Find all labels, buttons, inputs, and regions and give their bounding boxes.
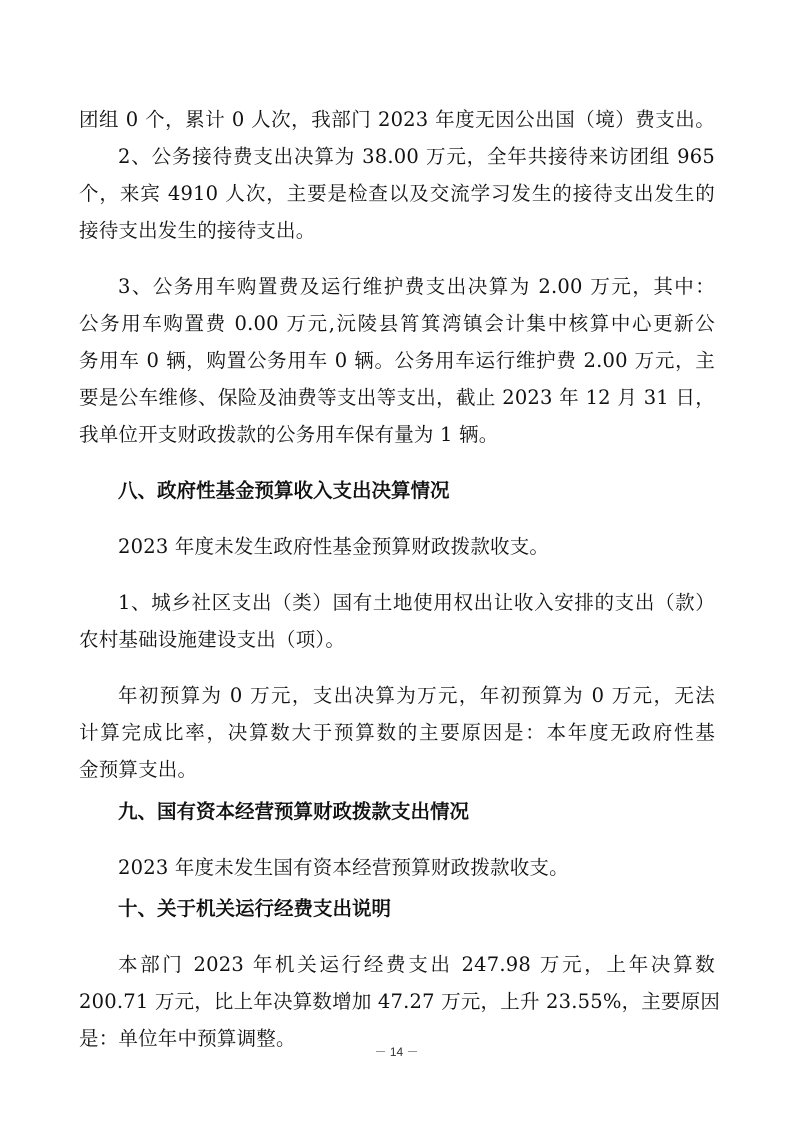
paragraph-line: 2023 年度未发生政府性基金预算财政拨款收支。 <box>118 535 715 559</box>
paragraph-line: 接待支出发生的接待支出。 <box>79 219 715 243</box>
section-heading: 八、政府性基金预算收入支出决算情况 <box>118 479 450 503</box>
paragraph-line: 公务用车购置费 0.00 万元,沅陵县筲箕湾镇会计集中核算中心更新公 <box>79 312 715 336</box>
paragraph-line: 金预算支出。 <box>79 758 715 782</box>
paragraph-line: 200.71 万元，比上年决算数增加 47.27 万元，上升 23.55%，主要… <box>79 990 715 1014</box>
paragraph-line: 个，来宾 4910 人次，主要是检查以及交流学习发生的接待支出发生的 <box>79 182 715 206</box>
paragraph-line: 计算完成比率，决算数大于预算数的主要原因是：本年度无政府性基 <box>79 721 715 745</box>
paragraph-line: 1、城乡社区支出（类）国有土地使用权出让收入安排的支出（款） <box>118 591 715 615</box>
document-page: 团组 0 个，累计 0 人次，我部门 2023 年度无因公出国（境）费支出。2、… <box>0 0 793 1122</box>
paragraph-line: 团组 0 个，累计 0 人次，我部门 2023 年度无因公出国（境）费支出。 <box>79 108 715 132</box>
paragraph-line: 2023 年度未发生国有资本经营预算财政拨款收支。 <box>118 856 715 880</box>
paragraph-line: 农村基础设施建设支出（项）。 <box>79 628 715 652</box>
section-heading: 九、国有资本经营预算财政拨款支出情况 <box>118 800 469 824</box>
page-number: － 14 － <box>0 1043 793 1060</box>
section-heading: 十、关于机关运行经费支出说明 <box>118 897 391 921</box>
paragraph-line: 3、公务用车购置费及运行维护费支出决算为 2.00 万元，其中： <box>118 275 715 299</box>
paragraph-line: 2、公务接待费支出决算为 38.00 万元，全年共接待来访团组 965 <box>118 145 715 169</box>
paragraph-line: 年初预算为 0 万元，支出决算为万元，年初预算为 0 万元，无法 <box>118 684 715 708</box>
paragraph-line: 本部门 2023 年机关运行经费支出 247.98 万元，上年决算数 <box>118 953 715 977</box>
paragraph-line: 我单位开支财政拨款的公务用车保有量为 1 辆。 <box>79 423 715 447</box>
paragraph-line: 要是公车维修、保险及油费等支出等支出，截止 2023 年 12 月 31 日， <box>79 386 715 410</box>
paragraph-line: 务用车 0 辆，购置公务用车 0 辆。公务用车运行维护费 2.00 万元，主 <box>79 349 715 373</box>
